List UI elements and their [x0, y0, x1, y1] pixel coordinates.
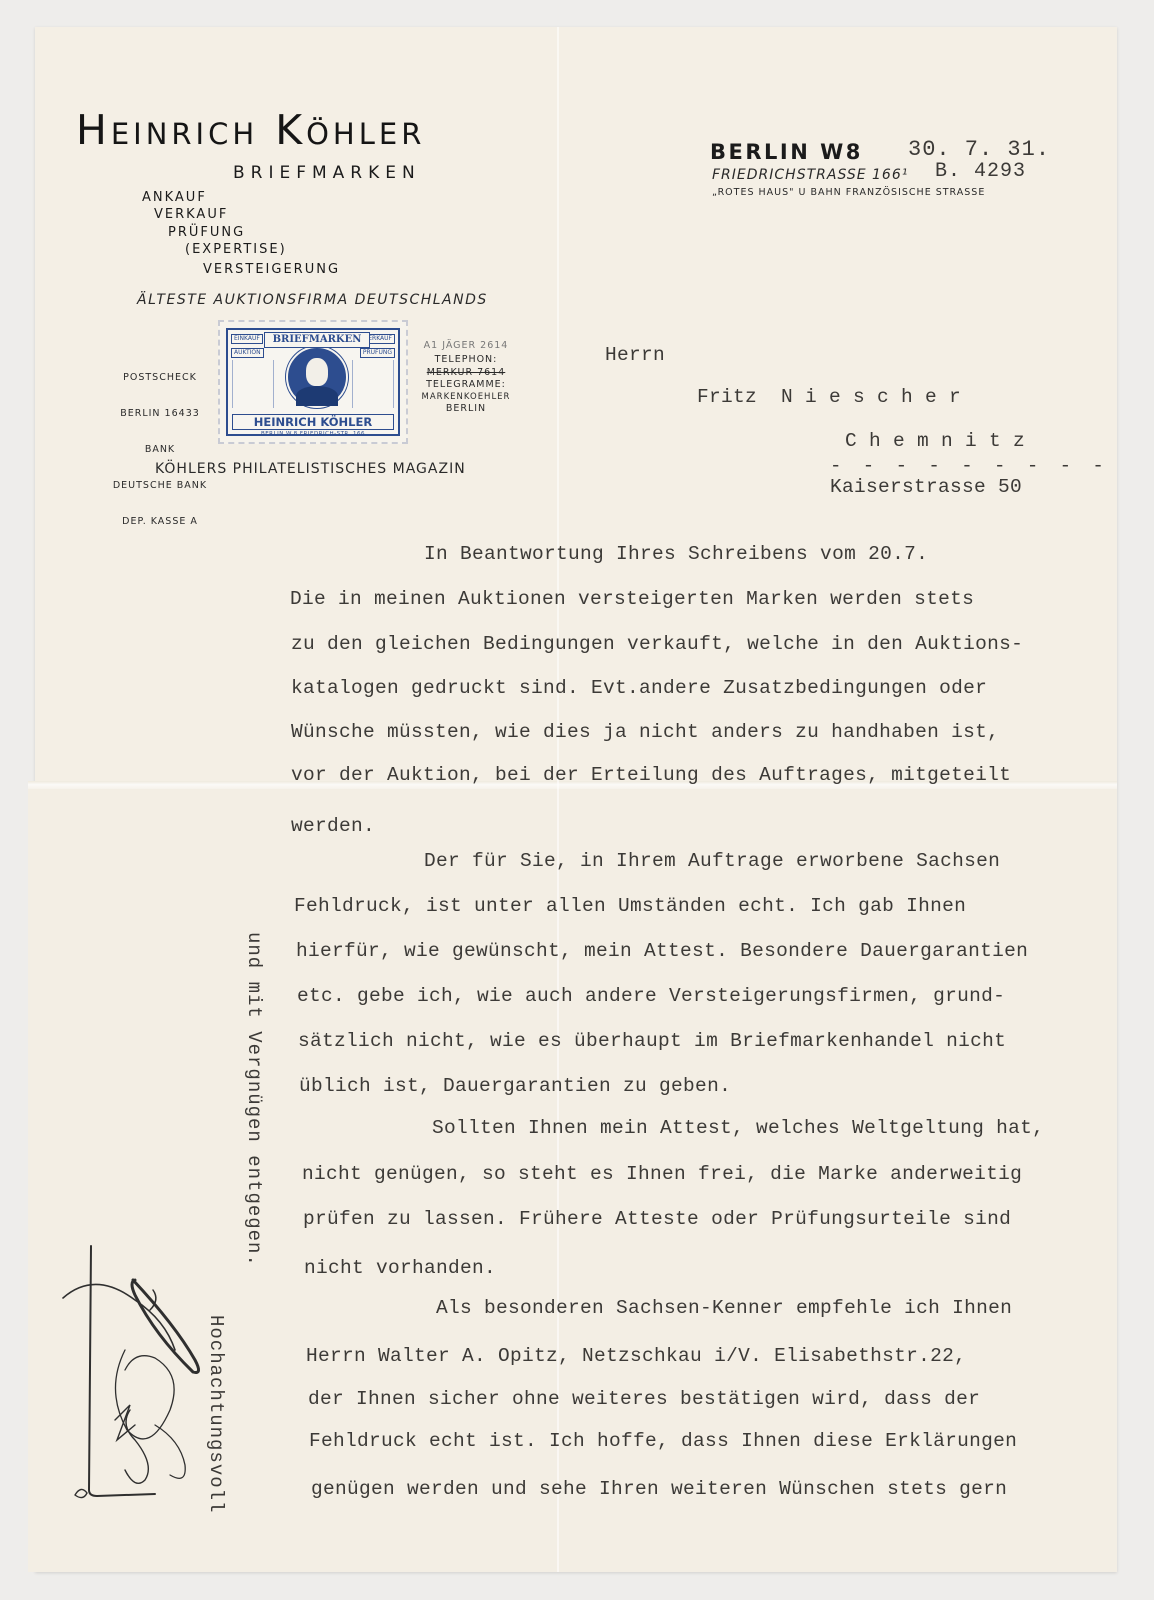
body-line: Fehldruck echt ist. Ich hoffe, dass Ihne…	[309, 1430, 1017, 1452]
service-ankauf: ANKAUF	[142, 190, 207, 205]
telephon-crossed: MERKUR 7614	[416, 367, 516, 379]
company-name: Heinrich Köhler	[76, 106, 425, 154]
telegramme-address: MARKENKOEHLER	[416, 391, 516, 403]
vertical-fold	[557, 27, 559, 1572]
telephon-label: TELEPHON:	[416, 354, 516, 366]
stamp-scene-left	[232, 360, 274, 408]
magazine-title: KÖHLERS PHILATELISTISCHES MAGAZIN	[155, 461, 466, 477]
recipient-city: C h e m n i t z	[845, 430, 1025, 452]
recipient-salutation: Herrn	[605, 344, 665, 366]
stamp-tag-pruefung: PRÜFUNG	[360, 348, 395, 358]
recipient-street: Kaiserstrasse 50	[830, 476, 1022, 498]
body-line: werden.	[291, 815, 375, 837]
body-line: prüfen zu lassen. Frühere Atteste oder P…	[303, 1208, 1011, 1230]
body-line: der Ihnen sicher ohne weiteres bestätige…	[308, 1388, 980, 1410]
letter-reference: B. 4293	[935, 160, 1026, 183]
service-expertise: (EXPERTISE)	[185, 242, 287, 257]
body-line: hierfür, wie gewünscht, mein Attest. Bes…	[296, 940, 1028, 962]
body-line: Der für Sie, in Ihrem Auftrage erworbene…	[424, 850, 1000, 872]
body-line: Die in meinen Auktionen versteigerten Ma…	[290, 588, 974, 610]
stamp-banner: BRIEFMARKEN	[264, 332, 370, 348]
stamped-phone: A1 JÄGER 2614	[416, 340, 516, 352]
telegramme-label: TELEGRAMME:	[416, 379, 516, 391]
letter-date: 30. 7. 31.	[908, 137, 1050, 162]
body-line: üblich ist, Dauergarantien zu geben.	[299, 1075, 731, 1097]
recipient-underline: - - - - - - - - -	[830, 455, 1109, 477]
body-line: nicht vorhanden.	[304, 1257, 496, 1279]
telegramme-city: BERLIN	[416, 403, 516, 415]
bank-name: DEUTSCHE BANK	[110, 480, 210, 492]
service-pruefung: PRÜFUNG	[168, 225, 245, 240]
sender-station: „ROTES HAUS" U BAHN FRANZÖSISCHE STRASSE	[712, 187, 985, 198]
postscheck-label: POSTSCHECK	[110, 372, 210, 384]
stamp-tag-auktion: AUKTION	[231, 348, 264, 358]
portrait-icon	[286, 346, 348, 408]
sender-street: FRIEDRICHSTRASSE 166¹	[712, 167, 908, 183]
body-line: katalogen gedruckt sind. Evt.andere Zusa…	[291, 677, 987, 699]
body-line: Als besonderen Sachsen-Kenner empfehle i…	[436, 1297, 1012, 1319]
service-versteigerung: VERSTEIGERUNG	[203, 262, 340, 277]
body-line: Herrn Walter A. Opitz, Netzschkau i/V. E…	[306, 1345, 966, 1367]
body-line: sätzlich nicht, wie es überhaupt im Brie…	[298, 1030, 1006, 1052]
body-line: In Beantwortung Ihres Schreibens vom 20.…	[424, 543, 928, 565]
stamp-address: BERLIN W.8 FRIEDRICH-STR. 166	[232, 430, 394, 438]
stamp-name: HEINRICH KÖHLER	[232, 414, 394, 430]
bank-branch: DEP. KASSE A	[110, 516, 210, 528]
stamp-scene-right	[352, 360, 394, 408]
stamp-logo: EINKAUF VERKAUF AUKTION PRÜFUNG BRIEFMAR…	[218, 320, 408, 444]
body-line: vor der Auktion, bei der Erteilung des A…	[291, 764, 1011, 786]
closing-regards: Hochachtungsvoll	[205, 1315, 227, 1513]
service-verkauf: VERKAUF	[154, 207, 228, 222]
postscheck-number: BERLIN 16433	[110, 408, 210, 420]
bank-label: BANK	[110, 444, 210, 456]
sender-city: BERLIN W8	[710, 140, 863, 164]
body-line: Sollten Ihnen mein Attest, welches Weltg…	[432, 1117, 1044, 1139]
company-subtitle: BRIEFMARKEN	[233, 163, 421, 183]
body-line: etc. gebe ich, wie auch andere Versteige…	[297, 985, 1005, 1007]
stamp-tag-einkauf: EINKAUF	[231, 334, 263, 344]
company-tagline: ÄLTESTE AUKTIONSFIRMA DEUTSCHLANDS	[137, 292, 488, 308]
closing-continuation: und mit Vergnügen entgegen.	[243, 932, 265, 1267]
body-line: Fehldruck, ist unter allen Umständen ech…	[294, 895, 966, 917]
body-line: nicht genügen, so steht es Ihnen frei, d…	[302, 1163, 1022, 1185]
bank-details: POSTSCHECK BERLIN 16433 BANK DEUTSCHE BA…	[110, 348, 210, 540]
recipient-name: Fritz N i e s c h e r	[697, 386, 961, 408]
body-line: genügen werden und sehe Ihren weiteren W…	[311, 1478, 1007, 1500]
signature-icon	[55, 1240, 205, 1530]
body-line: zu den gleichen Bedingungen verkauft, we…	[291, 633, 1023, 655]
body-line: Wünsche müssten, wie dies ja nicht ander…	[291, 721, 999, 743]
